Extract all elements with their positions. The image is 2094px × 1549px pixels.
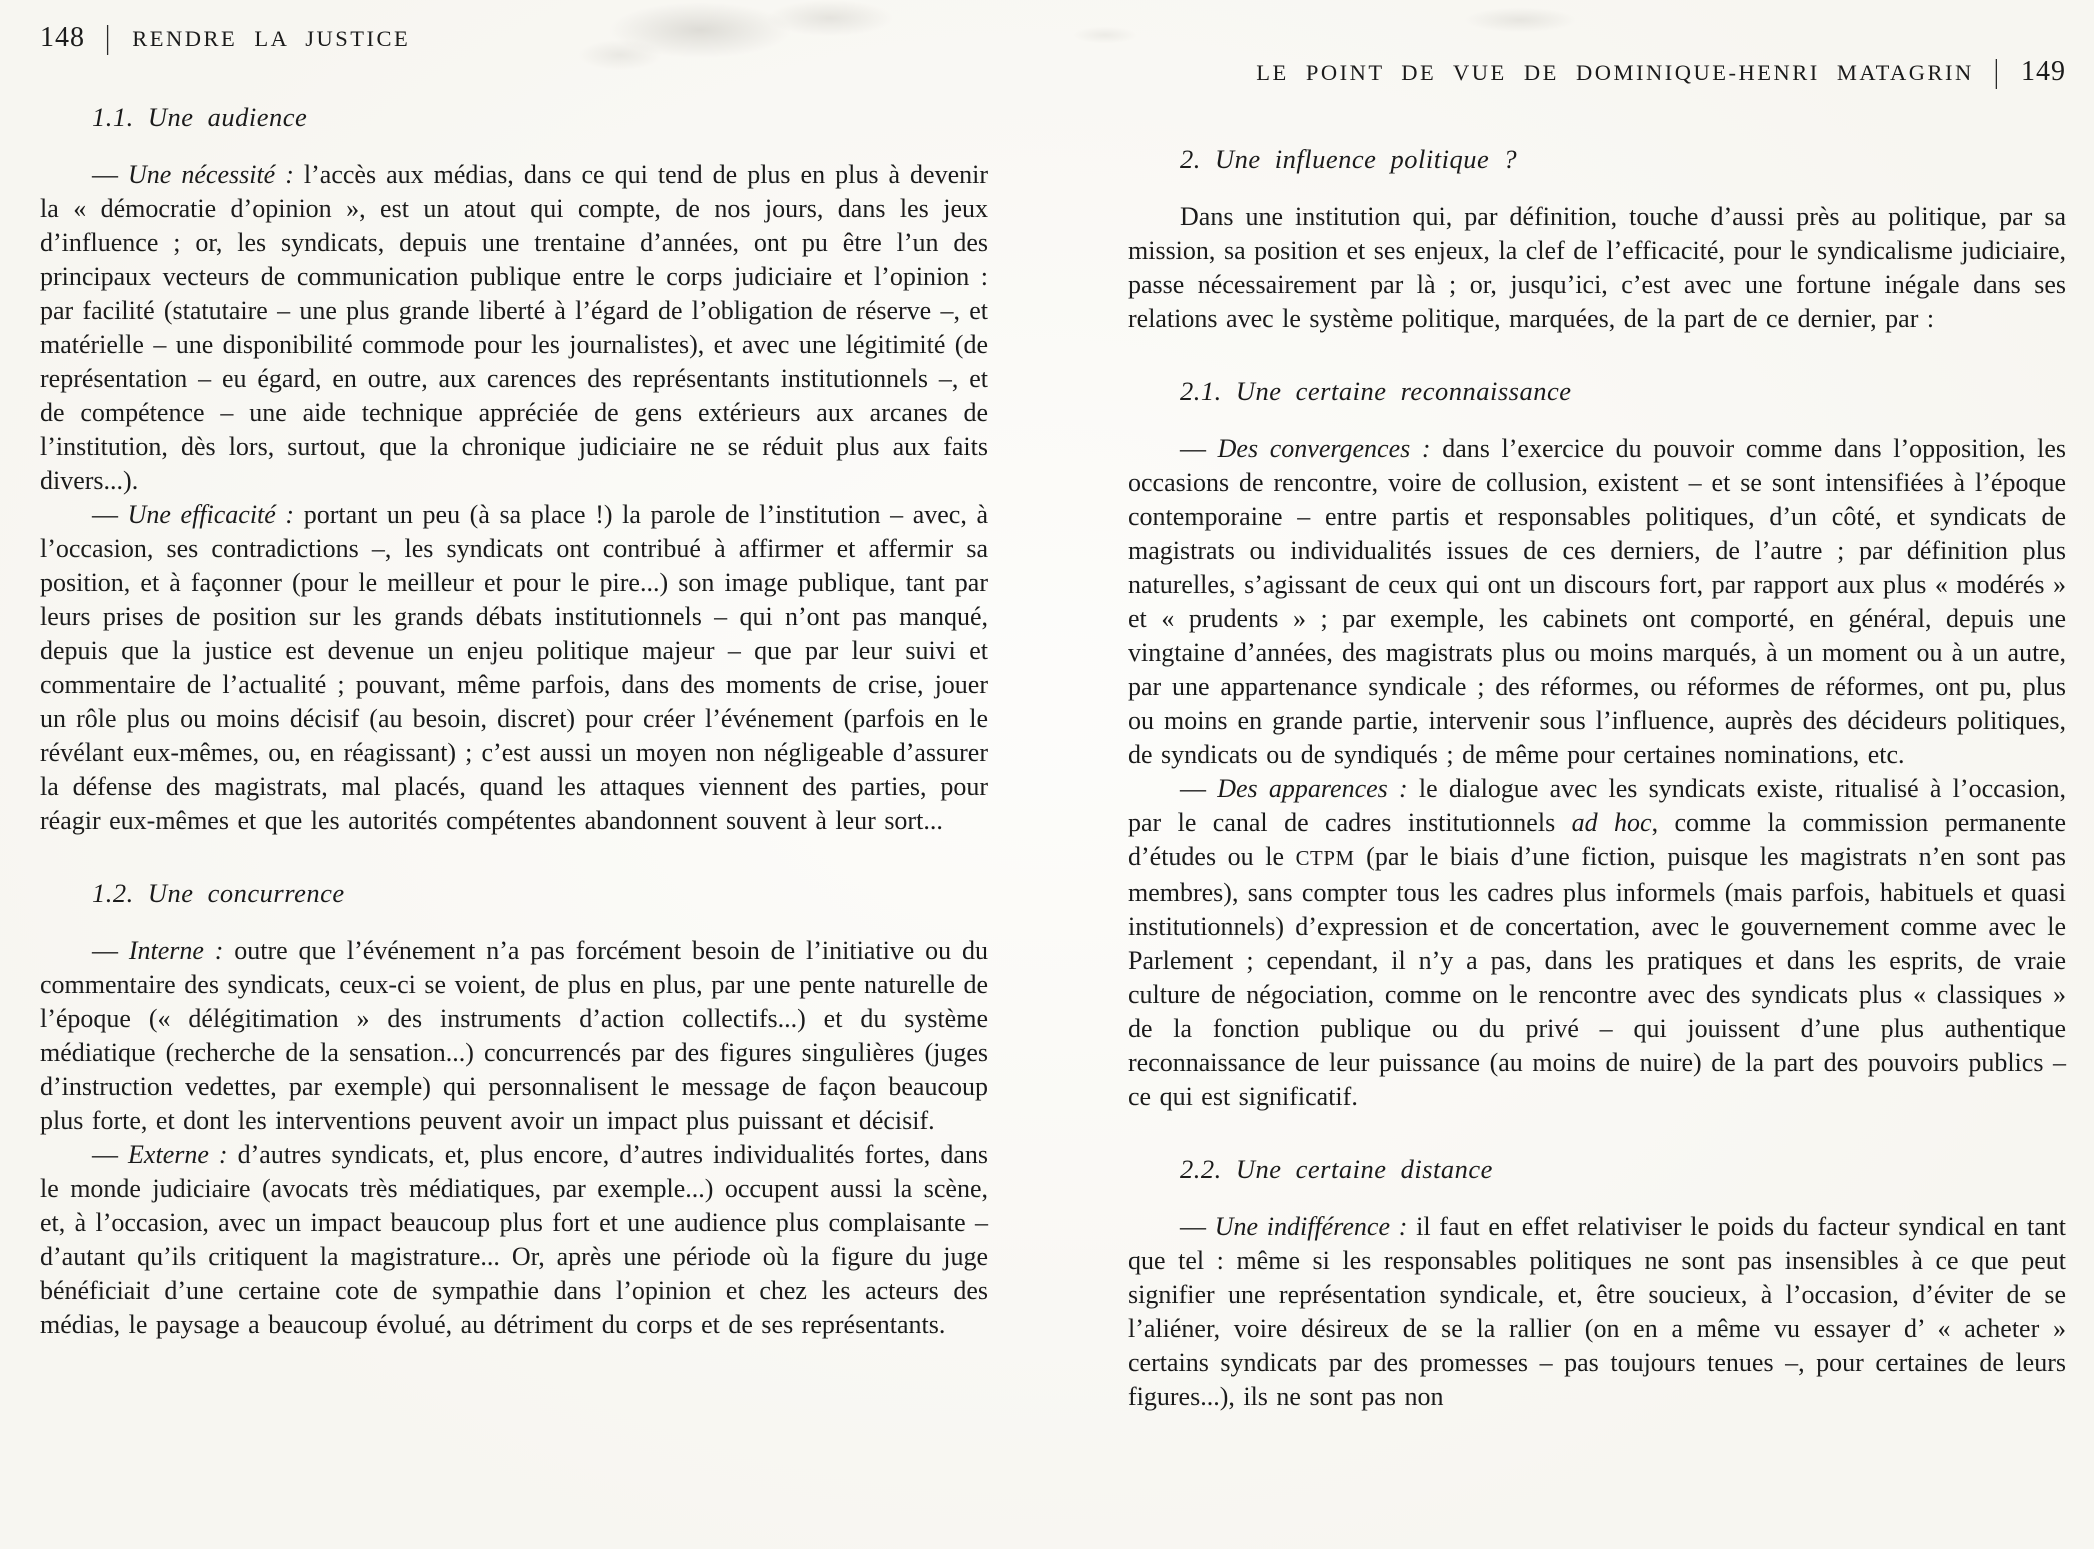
- paragraph-dash: —: [1180, 434, 1206, 463]
- paragraph-text: outre que l’événement n’a pas forcément …: [40, 936, 988, 1135]
- right-page-header: LE POINT DE VUE DE DOMINIQUE-HENRI MATAG…: [1256, 56, 2066, 88]
- paragraph-des-apparences: — Des apparences : le dialogue avec les …: [1128, 772, 2066, 1114]
- paragraph-text: l’accès aux médias, dans ce qui tend de …: [40, 160, 988, 495]
- paragraph-une-efficacite: — Une efficacité : portant un peu (à sa …: [40, 498, 988, 838]
- paragraph-une-necessite: — Une nécessité : l’accès aux médias, da…: [40, 158, 988, 498]
- paragraph-text: Dans une institution qui, par définition…: [1128, 202, 2066, 333]
- left-running-head: RENDRE LA JUSTICE: [132, 26, 410, 51]
- paragraph-text: dans l’exercice du pouvoir comme dans l’…: [1128, 434, 2066, 769]
- paragraph-dash: —: [92, 500, 118, 529]
- paragraph-dash: —: [92, 936, 118, 965]
- paragraph-text: il faut en effet relativiser le poids du…: [1128, 1212, 2066, 1411]
- paragraph-text: portant un peu (à sa place !) la parole …: [40, 500, 988, 835]
- heading-2: 2. Une influence politique ?: [1128, 142, 2066, 176]
- paragraph-intro-influence-politique: Dans une institution qui, par définition…: [1128, 200, 2066, 336]
- right-page-column: 2. Une influence politique ? Dans une in…: [1128, 142, 2066, 1414]
- paragraph-lead: Une indifférence :: [1215, 1212, 1408, 1241]
- paragraph-lead: Externe :: [128, 1140, 228, 1169]
- paragraph-lead: Interne :: [129, 936, 224, 965]
- right-page-number: 149: [2021, 56, 2066, 87]
- paragraph-interne: — Interne : outre que l’événement n’a pa…: [40, 934, 988, 1138]
- left-folio-divider: |: [105, 19, 112, 57]
- left-page-column: 1.1. Une audience — Une nécessité : l’ac…: [40, 100, 988, 1342]
- left-page-header: 148|RENDRE LA JUSTICE: [40, 22, 410, 54]
- paragraph-lead: Des apparences :: [1217, 774, 1407, 803]
- heading-2-1: 2.1. Une certaine reconnaissance: [1128, 374, 2066, 408]
- paragraph-lead: Des convergences :: [1218, 434, 1431, 463]
- paragraph-dash: —: [1180, 774, 1206, 803]
- heading-1-1: 1.1. Une audience: [40, 100, 988, 134]
- paragraph-text: d’autres syndicats, et, plus encore, d’a…: [40, 1140, 988, 1339]
- paragraph-dash: —: [92, 160, 118, 189]
- paragraph-externe: — Externe : d’autres syndicats, et, plus…: [40, 1138, 988, 1342]
- heading-2-2: 2.2. Une certaine distance: [1128, 1152, 2066, 1186]
- book-spread: 148|RENDRE LA JUSTICE LE POINT DE VUE DE…: [0, 0, 2094, 1549]
- right-folio-divider: |: [1994, 53, 2001, 91]
- heading-1-2: 1.2. Une concurrence: [40, 876, 988, 910]
- paragraph-dash: —: [1180, 1212, 1206, 1241]
- paragraph-lead: Une efficacité :: [128, 500, 294, 529]
- right-running-head: LE POINT DE VUE DE DOMINIQUE-HENRI MATAG…: [1256, 60, 1974, 85]
- paragraph-une-indifference: — Une indifférence : il faut en effet re…: [1128, 1210, 2066, 1414]
- paragraph-text: le dialogue avec les syndicats existe, r…: [1128, 774, 2066, 1111]
- paragraph-dash: —: [92, 1140, 118, 1169]
- left-page-number: 148: [40, 22, 85, 53]
- paragraph-des-convergences: — Des convergences : dans l’exercice du …: [1128, 432, 2066, 772]
- paragraph-lead: Une nécessité :: [128, 160, 294, 189]
